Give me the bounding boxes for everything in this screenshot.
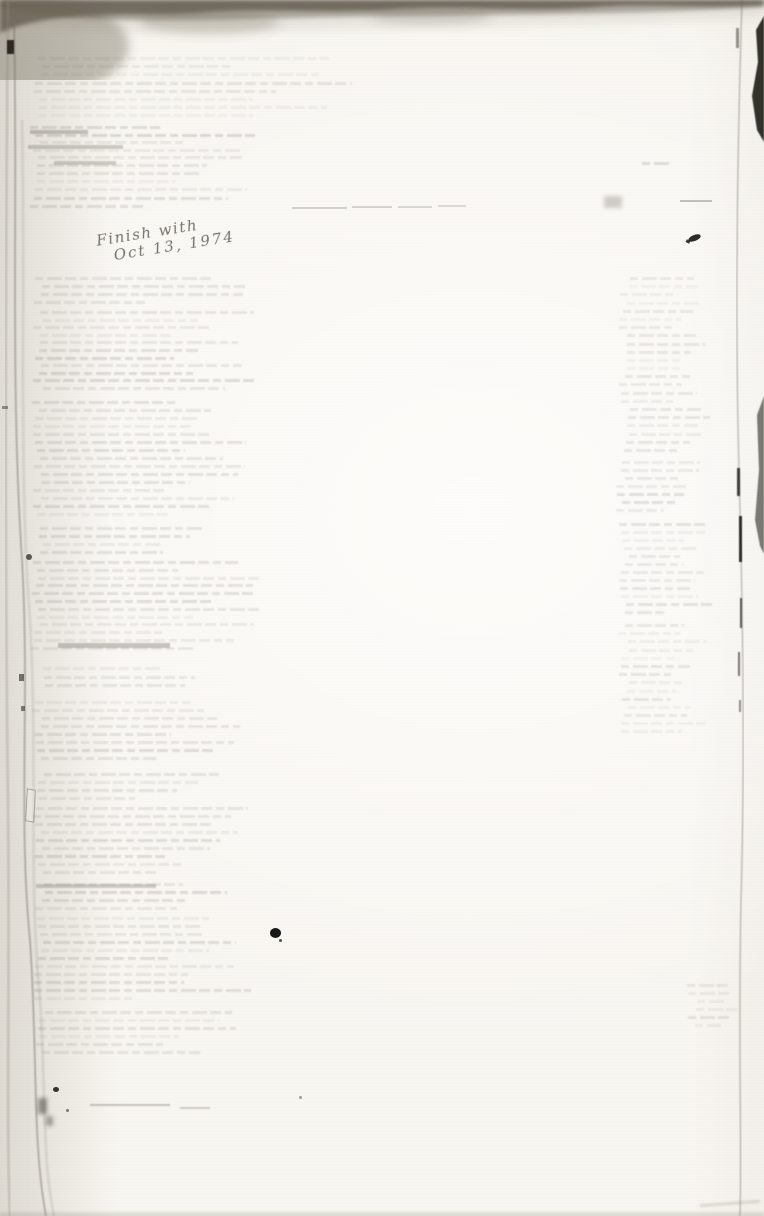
ghost-text-line <box>621 665 690 668</box>
ghost-text-line <box>622 501 679 504</box>
top-smudge-2 <box>140 10 280 34</box>
ghost-text-line <box>621 392 697 395</box>
smudge-mark <box>700 1200 760 1207</box>
smudge-mark <box>738 652 740 676</box>
ghost-text-line <box>620 587 690 590</box>
ghost-text-block <box>686 984 738 1032</box>
top-smudge-3 <box>370 7 490 25</box>
ghost-text-line <box>623 310 693 313</box>
smudge-mark <box>398 206 432 208</box>
ghost-text-line <box>622 539 684 542</box>
smudge-mark <box>739 516 742 562</box>
ghost-text-line <box>616 509 664 512</box>
ghost-text-line <box>624 449 679 452</box>
ghost-text-line <box>627 351 691 354</box>
bottom-edge-shadow <box>0 1210 764 1216</box>
smudge-mark <box>740 598 742 628</box>
ghost-text-line <box>621 531 705 534</box>
smudge-mark <box>680 200 712 202</box>
ghost-text-line <box>619 383 682 386</box>
ghost-text-line <box>625 624 684 627</box>
crease-sliver <box>25 788 36 822</box>
ghost-text-line <box>618 632 680 635</box>
ghost-text-line <box>625 477 679 480</box>
ghost-text-block <box>618 277 706 457</box>
ghost-text-line <box>627 343 705 346</box>
ghost-text-line <box>621 657 679 660</box>
ghost-text-line <box>627 302 701 305</box>
smudge-mark <box>438 205 466 207</box>
ghost-text-line <box>687 984 729 987</box>
ghost-text-line <box>626 603 712 606</box>
smudge-mark <box>180 1107 210 1109</box>
smudge-mark <box>686 239 691 243</box>
ghost-text-line <box>695 1024 721 1027</box>
ghost-text-line <box>621 730 682 733</box>
ghost-text-line <box>621 400 673 403</box>
right-crease-line <box>737 0 743 1216</box>
ghost-text-line <box>619 523 706 526</box>
ghost-text-line <box>629 433 702 436</box>
ink-speck <box>299 1096 302 1099</box>
ghost-text-line <box>621 469 699 472</box>
ghost-text-line <box>624 547 699 550</box>
ghost-text-line <box>627 690 676 693</box>
smudge-mark <box>687 233 701 243</box>
ghost-text-line <box>619 326 674 329</box>
ghost-text-line <box>621 722 706 725</box>
ghost-text-line <box>628 706 691 709</box>
ghost-text-line <box>621 595 698 598</box>
smudge-mark <box>739 700 741 712</box>
crease-lines <box>0 0 764 1216</box>
ghost-text-line <box>688 992 729 995</box>
ghost-text-line <box>697 1000 727 1003</box>
ghost-text-line <box>626 441 690 444</box>
ghost-text-line <box>629 649 693 652</box>
ghost-text-line <box>619 673 671 676</box>
ghost-text-line <box>616 485 686 488</box>
ghost-text-line <box>629 681 685 684</box>
ghost-text-block <box>616 461 706 517</box>
right-edge-notch-mid <box>755 396 764 554</box>
ink-speck <box>279 939 282 942</box>
ghost-text-block <box>640 162 704 170</box>
page-scan: Finish with Oct 13, 1974 <box>0 0 764 1216</box>
ink-speck <box>270 928 281 938</box>
ghost-text-line <box>628 640 707 643</box>
ghost-text-block <box>618 624 706 739</box>
left-edge-shading <box>0 0 110 1216</box>
ghost-text-line <box>627 367 683 370</box>
ghost-text-line <box>630 408 701 411</box>
smudge-mark <box>292 207 347 209</box>
ghost-text-line <box>619 318 681 321</box>
ghost-text-line <box>620 293 675 296</box>
ghost-text-line <box>628 416 710 419</box>
ghost-text-line <box>688 1016 733 1019</box>
handwritten-note: Finish with Oct 13, 1974 <box>95 211 236 266</box>
smudge-mark <box>737 468 740 496</box>
ghost-text-line <box>630 277 694 280</box>
ghost-text-line <box>622 698 671 701</box>
marks-layer <box>0 0 764 1216</box>
torn-right-edge <box>0 0 764 1216</box>
ghost-text-line <box>625 563 683 566</box>
ghost-text-line <box>696 1008 741 1011</box>
ghost-text-line <box>642 162 670 165</box>
ghost-text-line <box>627 334 696 337</box>
ghost-text-block <box>618 523 706 619</box>
ghost-text-line <box>627 359 684 362</box>
torn-top-edge <box>0 0 764 80</box>
ghost-text-line <box>624 714 687 717</box>
ghost-text-line <box>629 285 698 288</box>
ghost-text-line <box>625 611 664 614</box>
ghost-text-layer <box>0 0 764 1216</box>
ghost-text-line <box>622 461 700 464</box>
ghost-text-line <box>625 375 690 378</box>
smudge-mark <box>352 206 392 208</box>
smudge-mark <box>604 196 622 208</box>
ghost-text-line <box>627 424 698 427</box>
ghost-text-line <box>617 493 684 496</box>
ghost-text-line <box>629 555 680 558</box>
ghost-text-line <box>621 571 704 574</box>
ghost-text-line <box>619 579 695 582</box>
